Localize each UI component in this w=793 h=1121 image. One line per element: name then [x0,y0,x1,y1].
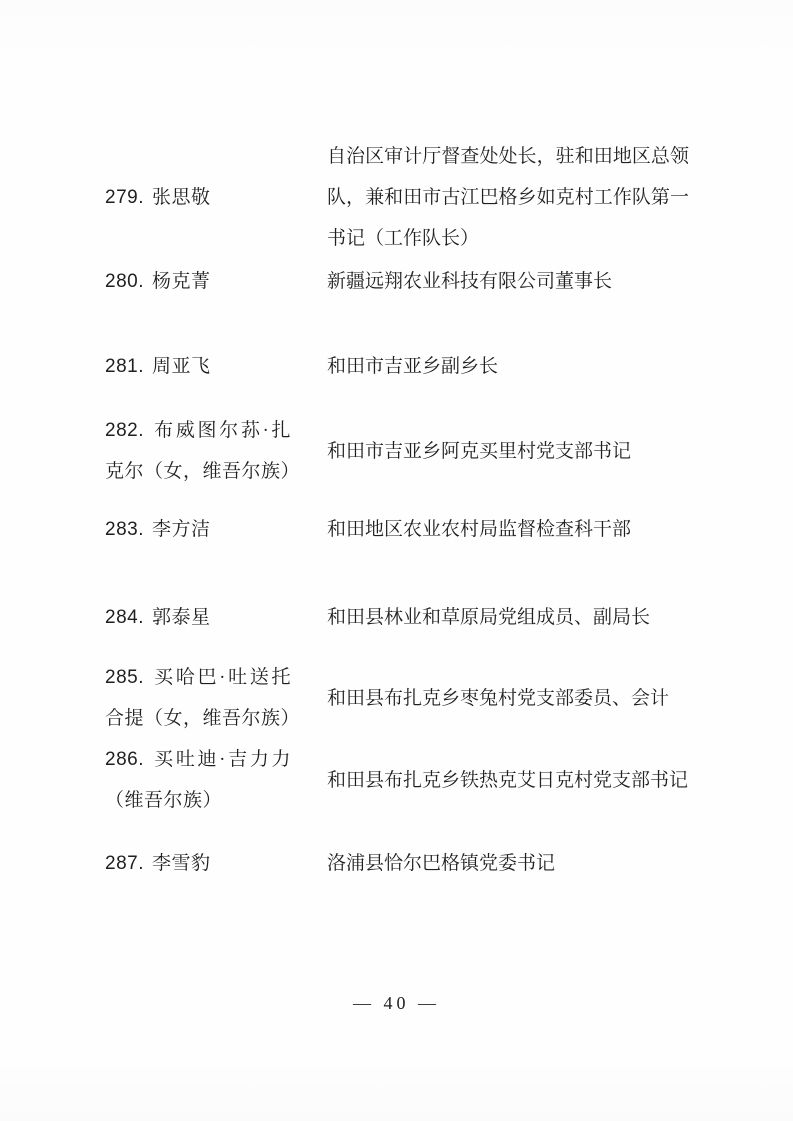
entry-person-name: 郭泰星 [152,607,211,628]
entry-number: 284. [105,607,144,628]
entry-number: 286. [105,749,144,770]
entry-number: 285. [105,667,144,688]
entry-name-cell: 280.杨克菁 [105,261,291,302]
list-item: 287.李雪豹 洛浦县恰尔巴格镇党委书记 [0,843,793,884]
entry-position: 和田市吉亚乡阿克买里村党支部书记 [327,431,689,472]
entry-position: 洛浦县恰尔巴格镇党委书记 [327,843,689,884]
list-item: 281.周亚飞 和田市吉亚乡副乡长 [0,346,793,387]
list-item: 286.买吐迪·吉力力（维吾尔族） 和田县布扎克乡铁热克艾日克村党支部书记 [0,739,793,821]
entry-number: 280. [105,271,144,292]
entry-person-name: 李方洁 [152,519,211,540]
entry-number: 281. [105,356,144,377]
entry-position: 自治区审计厅督查处处长，驻和田地区总领队，兼和田市古江巴格乡如克村工作队第一书记… [327,136,689,259]
entry-name-cell: 284.郭泰星 [105,597,291,638]
entry-position: 和田县林业和草原局党组成员、副局长 [327,597,689,638]
entry-name-cell: 285.买哈巴·吐送托合提（女，维吾尔族） [105,657,291,739]
list-item: 284.郭泰星 和田县林业和草原局党组成员、副局长 [0,597,793,638]
entry-number: 287. [105,853,144,874]
entry-name-cell: 282.布威图尔荪·扎克尔（女，维吾尔族） [105,410,291,492]
entry-number: 282. [105,420,144,441]
entry-person-name: 张思敬 [152,187,211,208]
entry-name-cell: 281.周亚飞 [105,346,291,387]
entry-name-cell: 287.李雪豹 [105,843,291,884]
list-item: 279.张思敬 自治区审计厅督查处处长，驻和田地区总领队，兼和田市古江巴格乡如克… [0,136,793,259]
entry-position: 和田县布扎克乡枣兔村党支部委员、会计 [327,678,689,719]
entry-number: 283. [105,519,144,540]
list-item: 280.杨克菁 新疆远翔农业科技有限公司董事长 [0,261,793,302]
entry-person-name: 李雪豹 [152,853,211,874]
list-item: 285.买哈巴·吐送托合提（女，维吾尔族） 和田县布扎克乡枣兔村党支部委员、会计 [0,657,793,739]
entry-person-name: 杨克菁 [152,271,211,292]
entry-person-name: 周亚飞 [152,356,211,377]
entry-number: 279. [105,187,144,208]
list-item: 282.布威图尔荪·扎克尔（女，维吾尔族） 和田市吉亚乡阿克买里村党支部书记 [0,410,793,492]
document-page: 279.张思敬 自治区审计厅督查处处长，驻和田地区总领队，兼和田市古江巴格乡如克… [0,0,793,1121]
entry-name-cell: 279.张思敬 [105,177,291,218]
entry-name-cell: 286.买吐迪·吉力力（维吾尔族） [105,739,291,821]
entry-position: 和田县布扎克乡铁热克艾日克村党支部书记 [327,760,689,801]
entry-name-cell: 283.李方洁 [105,509,291,550]
page-number: — 40 — [0,983,793,1024]
entry-position: 新疆远翔农业科技有限公司董事长 [327,261,689,302]
entry-position: 和田地区农业农村局监督检查科干部 [327,509,689,550]
entry-position: 和田市吉亚乡副乡长 [327,346,689,387]
list-item: 283.李方洁 和田地区农业农村局监督检查科干部 [0,509,793,550]
roster-list: 279.张思敬 自治区审计厅督查处处长，驻和田地区总领队，兼和田市古江巴格乡如克… [0,0,793,884]
